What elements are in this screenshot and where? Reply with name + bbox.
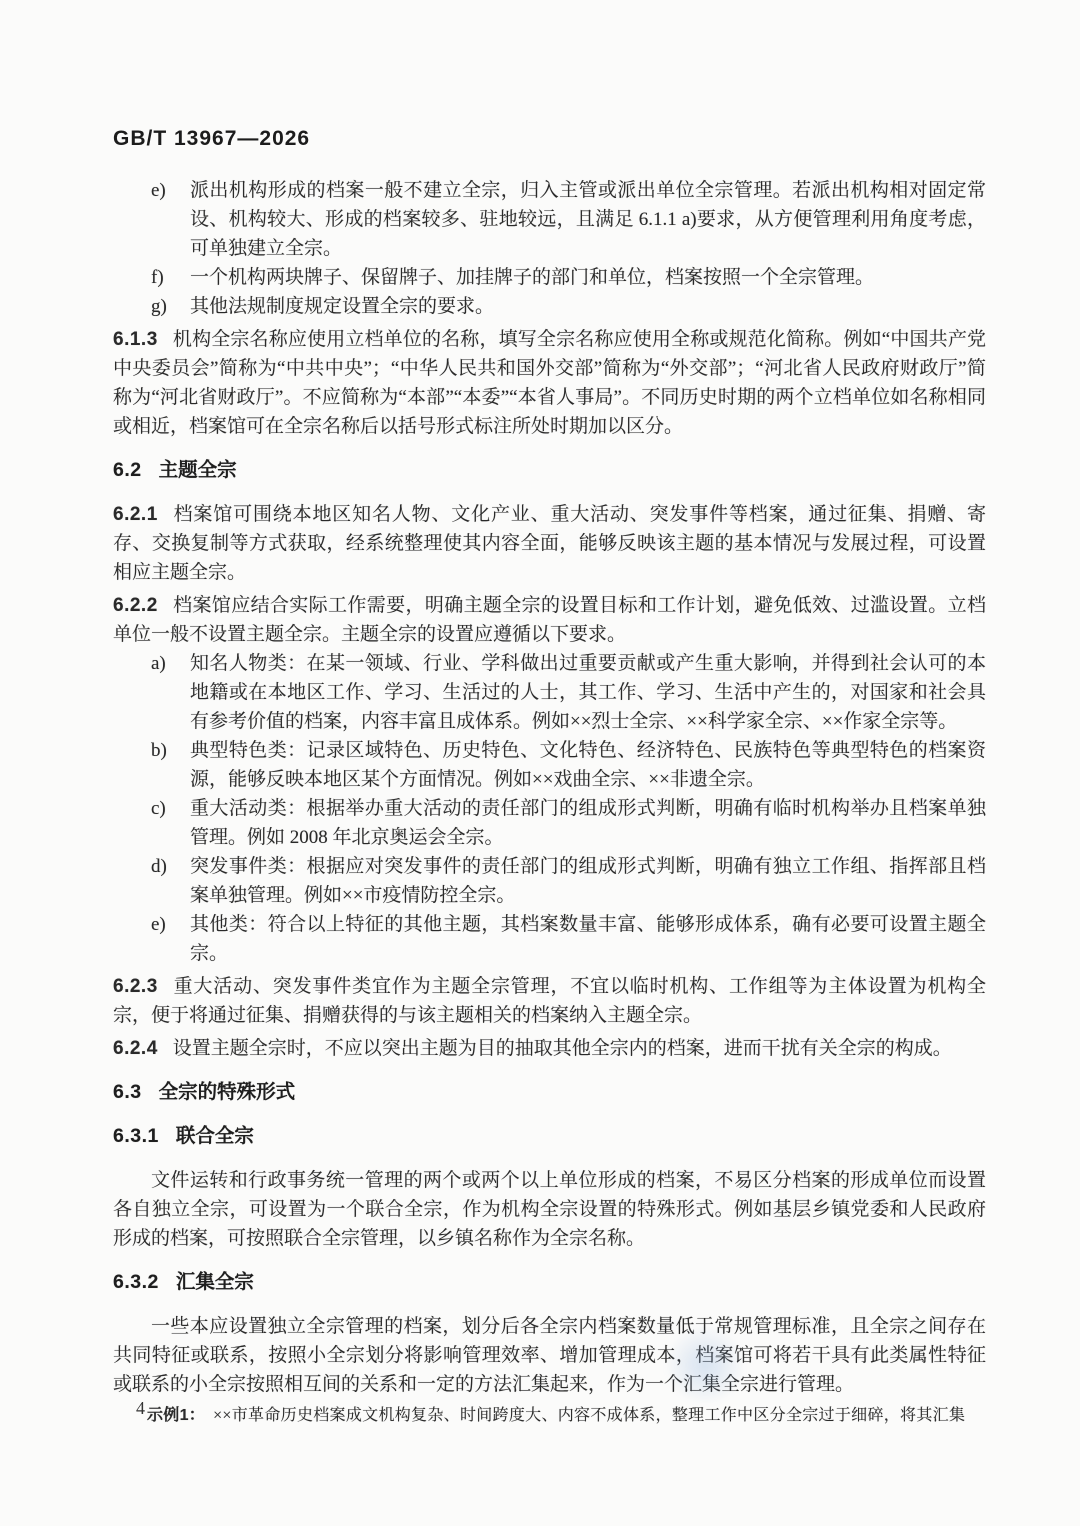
clause-6-2-2: 6.2.2档案馆应结合实际工作需要，明确主题全宗的设置目标和工作计划，避免低效、… xyxy=(113,591,986,649)
heading-title: 全宗的特殊形式 xyxy=(159,1081,296,1103)
heading-title: 主题全宗 xyxy=(159,459,237,481)
list-item-label: f) xyxy=(151,263,164,292)
document-page: GB/T 13967—2026 e) 派出机构形成的档案一般不建立全宗，归入主管… xyxy=(0,0,1080,1526)
clause-text: 重大活动、突发事件类宜作为主题全宗管理，不宜以临时机构、工作组等为主体设置为机构… xyxy=(113,976,986,1026)
clause-text: 档案馆应结合实际工作需要，明确主题全宗的设置目标和工作计划，避免低效、过滥设置。… xyxy=(113,595,986,645)
paragraph-6-3-2: 一些本应设置独立全宗管理的档案，划分后各全宗内档案数量低于常规管理标准，且全宗之… xyxy=(113,1312,986,1399)
clause-number: 6.2.4 xyxy=(113,1038,158,1059)
heading-6-2: 6.2主题全宗 xyxy=(113,456,986,485)
theme-list-item-c: c) 重大活动类：根据举办重大活动的责任部门的组成形式判断，明确有临时机构举办且… xyxy=(113,794,986,852)
list-item-text: 重大活动类：根据举办重大活动的责任部门的组成形式判断，明确有临时机构举办且档案单… xyxy=(190,798,986,848)
example-text: ××市革命历史档案成文机构复杂、时间跨度大、内容不成体系，整理工作中区分全宗过于… xyxy=(213,1407,965,1424)
list-item-label: e) xyxy=(151,910,166,939)
list-item-text: 其他类：符合以上特征的其他主题，其档案数量丰富、能够形成体系，确有必要可设置主题… xyxy=(190,914,986,964)
clause-text: 档案馆可围绕本地区知名人物、文化产业、重大活动、突发事件等档案，通过征集、捐赠、… xyxy=(113,504,986,583)
list-item-g: g) 其他法规制度规定设置全宗的要求。 xyxy=(113,292,986,321)
heading-title: 汇集全宗 xyxy=(176,1271,254,1293)
heading-number: 6.3 xyxy=(113,1081,142,1103)
list-item-label: c) xyxy=(151,794,166,823)
list-item-text: 派出机构形成的档案一般不建立全宗，归入主管或派出单位全宗管理。若派出机构相对固定… xyxy=(190,180,986,259)
list-item-f: f) 一个机构两块牌子、保留牌子、加挂牌子的部门和单位，档案按照一个全宗管理。 xyxy=(113,263,986,292)
clause-6-2-3: 6.2.3重大活动、突发事件类宜作为主题全宗管理，不宜以临时机构、工作组等为主体… xyxy=(113,972,986,1030)
list-item-label: e) xyxy=(151,176,166,205)
list-item-text: 知名人物类：在某一领域、行业、学科做出过重要贡献或产生重大影响，并得到社会认可的… xyxy=(190,653,986,732)
theme-list-item-a: a) 知名人物类：在某一领域、行业、学科做出过重要贡献或产生重大影响，并得到社会… xyxy=(113,649,986,736)
heading-6-3: 6.3全宗的特殊形式 xyxy=(113,1078,986,1107)
clause-text: 设置主题全宗时，不应以突出主题为目的抽取其他全宗内的档案，进而干扰有关全宗的构成… xyxy=(173,1038,952,1059)
heading-title: 联合全宗 xyxy=(176,1125,254,1147)
heading-6-3-2: 6.3.2汇集全宗 xyxy=(113,1268,986,1297)
document-body: e) 派出机构形成的档案一般不建立全宗，归入主管或派出单位全宗管理。若派出机构相… xyxy=(113,176,986,1429)
clause-6-1-3: 6.1.3机构全宗名称应使用立档单位的名称，填写全宗名称应使用全称或规范化简称。… xyxy=(113,325,986,441)
page-number: 4 xyxy=(136,1398,145,1419)
list-item-label: g) xyxy=(151,292,167,321)
clause-number: 6.1.3 xyxy=(113,329,158,350)
clause-text: 机构全宗名称应使用立档单位的名称，填写全宗名称应使用全称或规范化简称。例如“中国… xyxy=(113,329,986,437)
list-item-label: d) xyxy=(151,852,167,881)
heading-6-3-1: 6.3.1联合全宗 xyxy=(113,1122,986,1151)
list-item-label: b) xyxy=(151,736,167,765)
heading-number: 6.2 xyxy=(113,459,142,481)
clause-6-2-4: 6.2.4设置主题全宗时，不应以突出主题为目的抽取其他全宗内的档案，进而干扰有关… xyxy=(113,1034,986,1063)
example-1: 示例1：××市革命历史档案成文机构复杂、时间跨度大、内容不成体系，整理工作中区分… xyxy=(113,1403,986,1429)
standard-number: GB/T 13967—2026 xyxy=(113,127,310,151)
clause-number: 6.2.1 xyxy=(113,504,158,525)
theme-list-item-d: d) 突发事件类：根据应对突发事件的责任部门的组成形式判断，明确有独立工作组、指… xyxy=(113,852,986,910)
list-item-label: a) xyxy=(151,649,166,678)
heading-number: 6.3.1 xyxy=(113,1125,159,1147)
list-item-text: 突发事件类：根据应对突发事件的责任部门的组成形式判断，明确有独立工作组、指挥部且… xyxy=(190,856,986,906)
list-item-text: 一个机构两块牌子、保留牌子、加挂牌子的部门和单位，档案按照一个全宗管理。 xyxy=(190,267,874,288)
example-label: 示例1： xyxy=(147,1407,205,1424)
heading-number: 6.3.2 xyxy=(113,1271,159,1293)
paragraph-6-3-1: 文件运转和行政事务统一管理的两个或两个以上单位形成的档案，不易区分档案的形成单位… xyxy=(113,1166,986,1253)
list-item-text: 其他法规制度规定设置全宗的要求。 xyxy=(190,296,494,317)
clause-number: 6.2.2 xyxy=(113,595,158,616)
list-item-text: 典型特色类：记录区域特色、历史特色、文化特色、经济特色、民族特色等典型特色的档案… xyxy=(190,740,986,790)
list-item-e: e) 派出机构形成的档案一般不建立全宗，归入主管或派出单位全宗管理。若派出机构相… xyxy=(113,176,986,263)
clause-number: 6.2.3 xyxy=(113,976,158,997)
clause-6-2-1: 6.2.1档案馆可围绕本地区知名人物、文化产业、重大活动、突发事件等档案，通过征… xyxy=(113,500,986,587)
theme-list-item-b: b) 典型特色类：记录区域特色、历史特色、文化特色、经济特色、民族特色等典型特色… xyxy=(113,736,986,794)
theme-list-item-e: e) 其他类：符合以上特征的其他主题，其档案数量丰富、能够形成体系，确有必要可设… xyxy=(113,910,986,968)
